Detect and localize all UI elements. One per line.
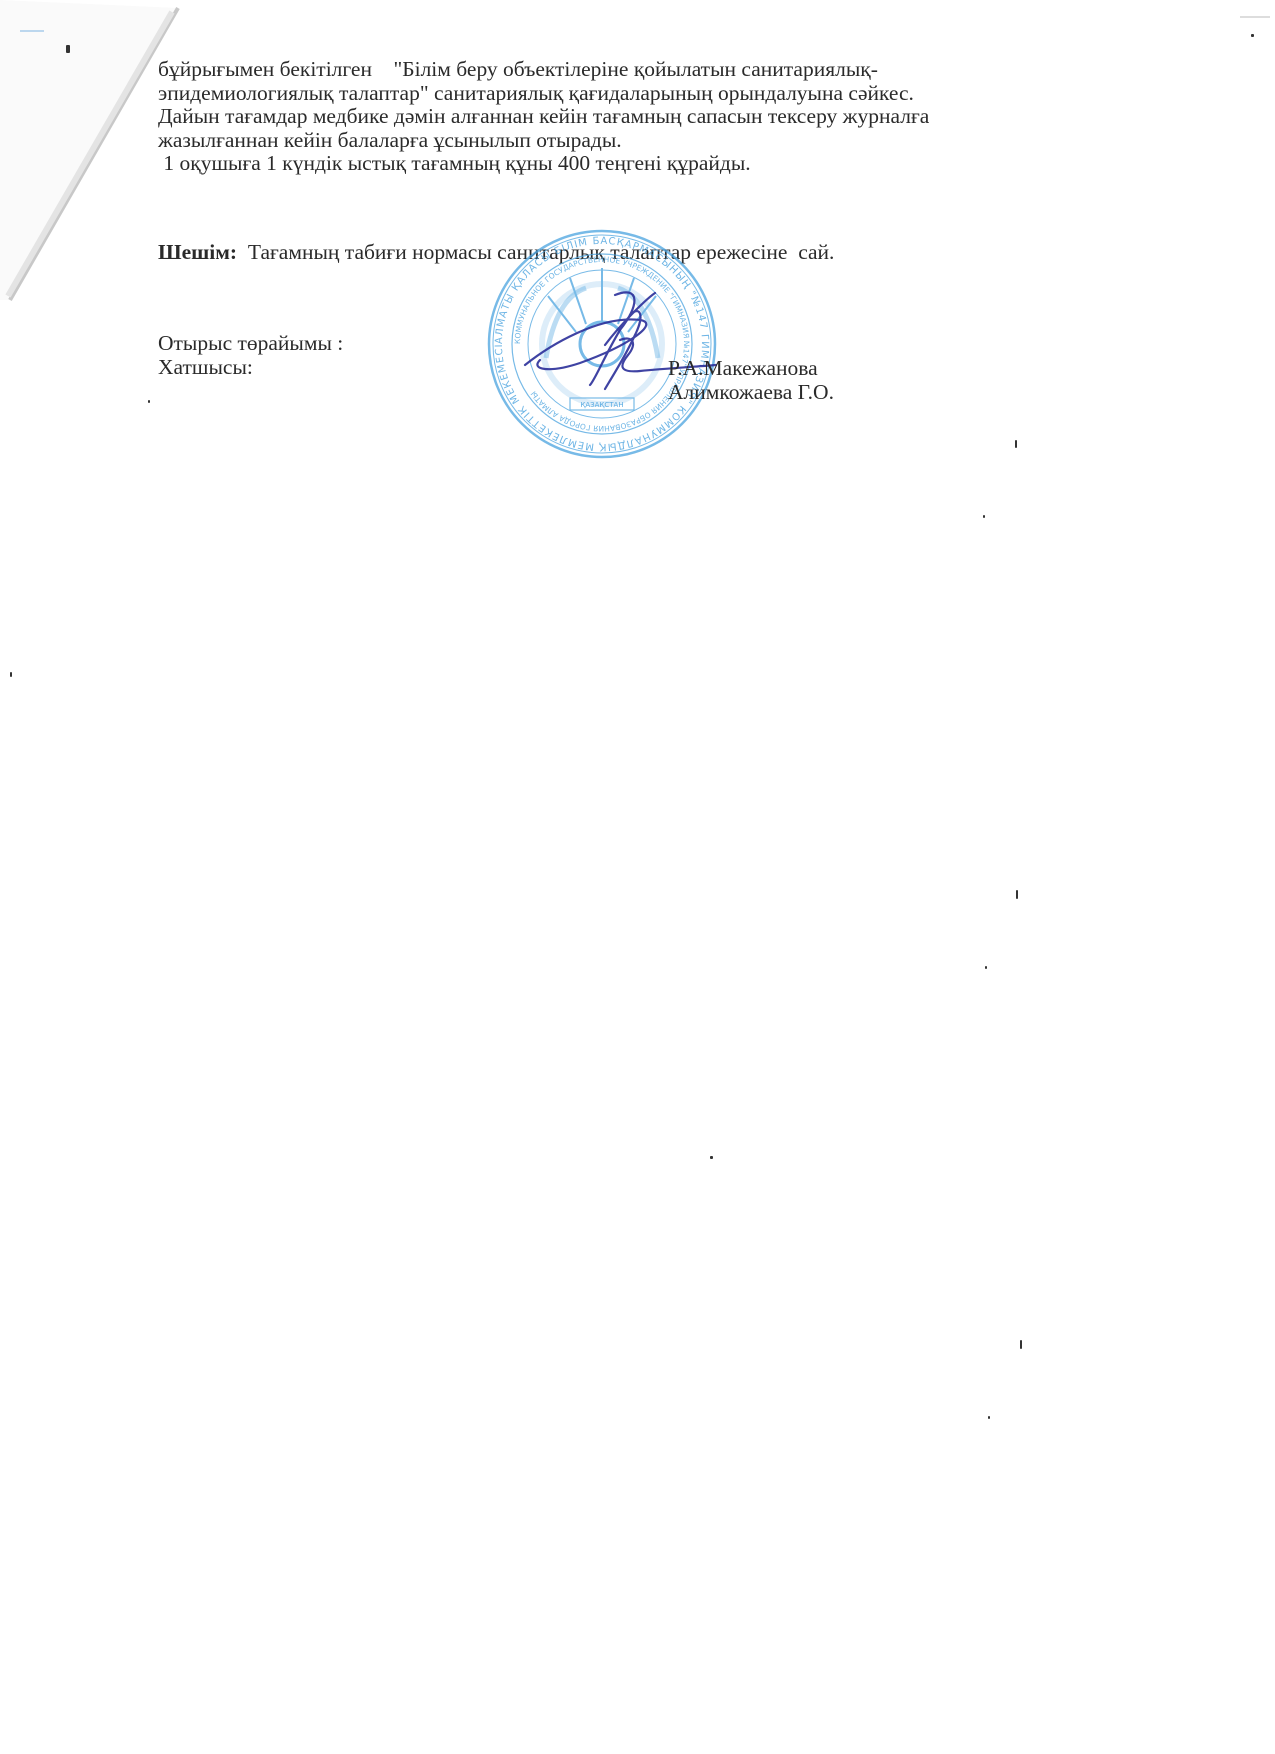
body-line: жазылғаннан кейін балаларға ұсынылып оты… [158, 129, 1058, 153]
scan-speck [1020, 1340, 1022, 1349]
scan-speck [1015, 440, 1017, 448]
scan-speck [10, 672, 12, 677]
scan-speck [1251, 34, 1254, 37]
scan-speck [710, 1156, 713, 1159]
body-line: эпидемиологиялық талаптар" санитариялық … [158, 82, 1058, 106]
signature-name: Р.А.Макежанова [668, 356, 818, 381]
scan-speck [148, 400, 150, 403]
scan-speck [988, 1416, 990, 1419]
scan-speck [66, 45, 70, 53]
body-line: бұйрығымен бекітілген "Білім беру объект… [158, 58, 1058, 82]
scan-speck [1016, 890, 1018, 899]
stamp-center-text: ҚАЗАҚСТАН [580, 401, 623, 409]
scan-speck [985, 966, 987, 969]
scan-speck [983, 515, 985, 518]
document-body: бұйрығымен бекітілген "Білім беру объект… [158, 58, 1058, 176]
signature-name: Алимкожаева Г.О. [668, 380, 834, 405]
body-line: Дайын тағамдар медбике дәмін алғаннан ке… [158, 105, 1058, 129]
signature-row-secretary: Хатшысы: Алимкожаева Г.О. [158, 330, 169, 405]
decision-label: Шешім: [158, 240, 237, 264]
signature-role: Хатшысы: [158, 355, 253, 380]
body-line: 1 оқушыға 1 күндік ыстық тағамның құны 4… [158, 152, 1058, 176]
signature-role: Отырыс төрайымы : [158, 331, 343, 356]
